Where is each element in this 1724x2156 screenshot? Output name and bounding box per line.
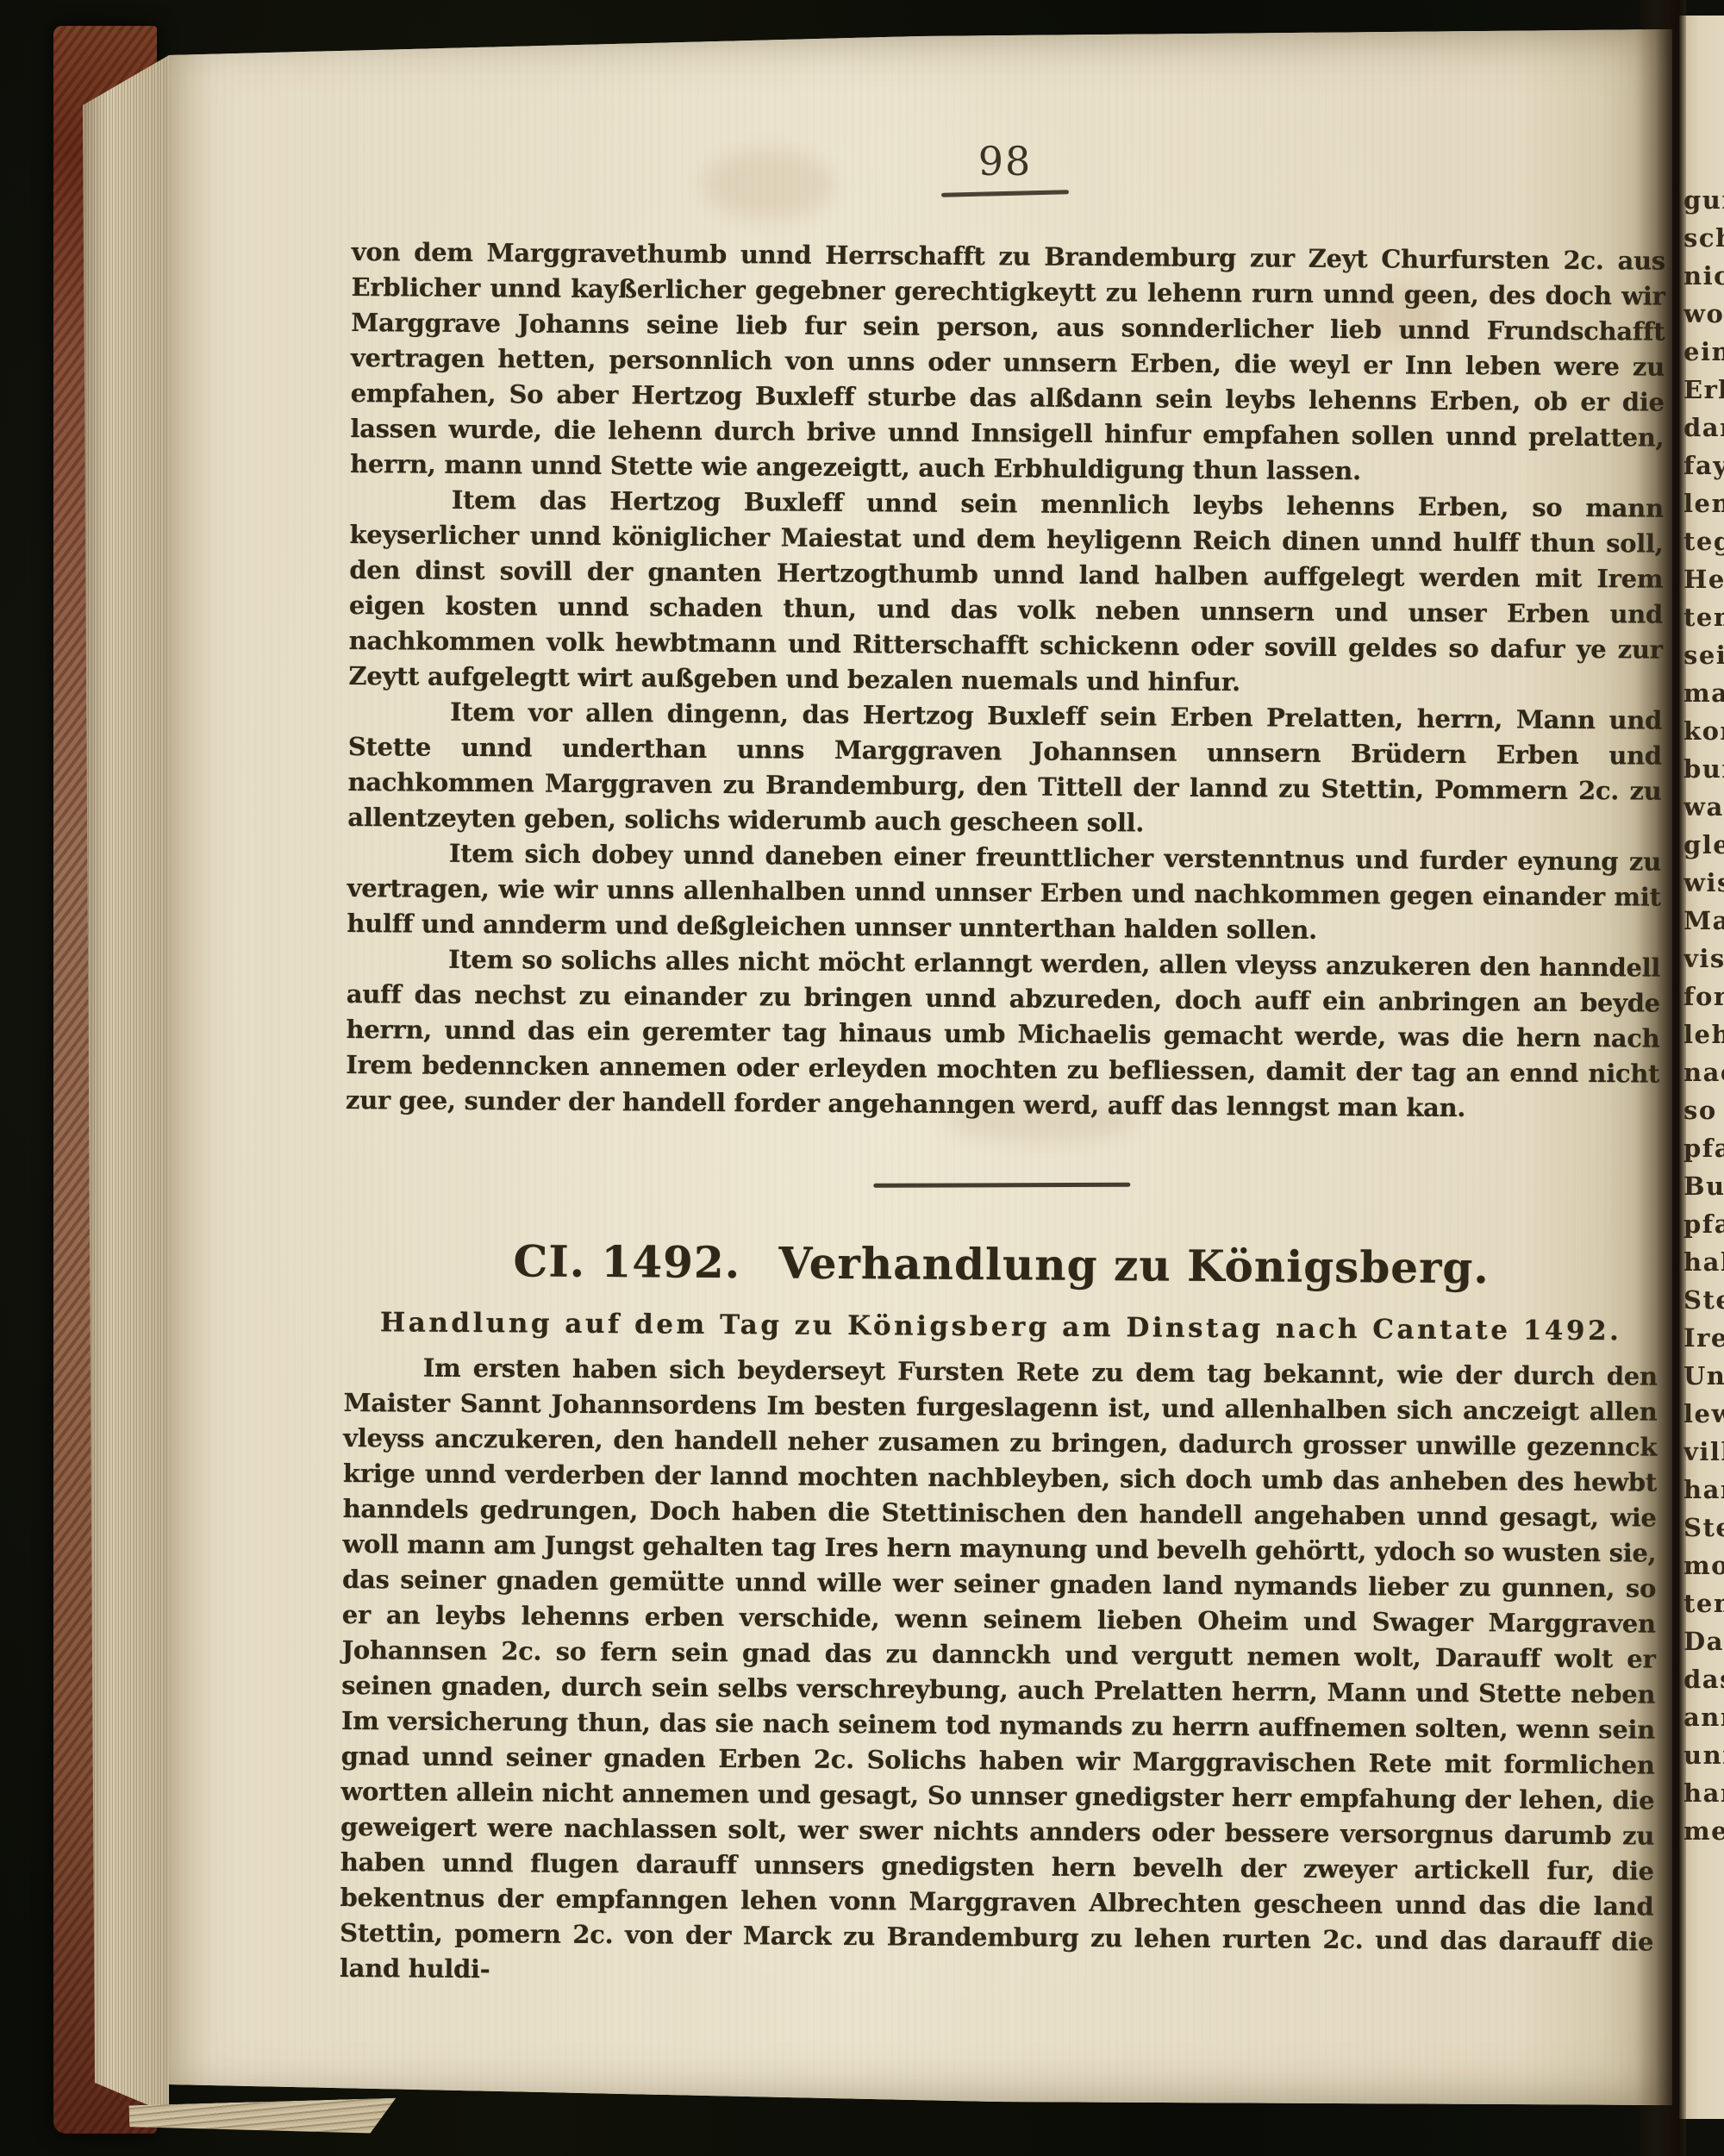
next-page-line: einen (1683, 333, 1724, 371)
next-page-edge: gungschennicht,wortteeinenErbhdannfaylll… (1679, 16, 1724, 2119)
section-heading: CI. 1492. Verhandlung zu Königsberg. (344, 1233, 1658, 1297)
section-heading-title: Verhandlung zu Königsberg. (778, 1237, 1490, 1293)
next-page-line: burg (1683, 750, 1724, 788)
next-page-line: schen (1683, 219, 1724, 257)
page-text-block: von dem Marggravethumb unnd Herrschafft … (340, 234, 1665, 2021)
next-page-line: nachzu (1683, 1053, 1724, 1091)
next-page-line: dann (1683, 409, 1724, 447)
next-page-line: pfau (1683, 1129, 1724, 1167)
next-page-line: unnd (1683, 1736, 1724, 1774)
next-page-line: komen (1683, 712, 1724, 750)
next-page-line: halten (1683, 1243, 1724, 1281)
page-number-underline (941, 190, 1069, 197)
page-stack-bottom-corner (129, 2098, 397, 2140)
next-page-line: Mar (1683, 902, 1724, 940)
next-page-line: annder (1683, 1698, 1724, 1736)
next-page-line: lewt, (1683, 1395, 1724, 1433)
next-page-line: sein h (1683, 636, 1724, 674)
next-page-line: Stetti (1683, 1509, 1724, 1547)
next-page-line: wortte (1683, 295, 1724, 333)
paragraph: von dem Marggravethumb unnd Herrschafft … (350, 234, 1665, 491)
page-stack-edge (83, 45, 169, 2121)
next-page-line: forder (1683, 978, 1724, 1016)
next-page-line: wissen (1683, 864, 1724, 902)
paragraph: Item sich dobey unnd daneben einer freun… (347, 835, 1661, 951)
next-page-line: man (1683, 674, 1724, 712)
next-page-line: Darau (1683, 1622, 1724, 1660)
next-page-line: hannd (1683, 1471, 1724, 1509)
next-page-line: teglich (1683, 522, 1724, 560)
next-page-line: gleich (1683, 826, 1724, 864)
next-page-line: pfaher (1683, 1205, 1724, 1243)
next-page-line: gung (1683, 181, 1724, 219)
next-page-line: len, (1683, 484, 1724, 522)
section-divider (873, 1183, 1130, 1188)
paper-stain (703, 150, 833, 219)
section-subheading: Handlung auf dem Tag zu Königsberg am Di… (344, 1303, 1658, 1351)
section-heading-number: CI. 1492. (513, 1235, 740, 1288)
scanned-book-photo: { "colors": { "background": "#0d0e09", "… (0, 0, 1724, 2156)
next-page-line: ten si (1683, 598, 1724, 636)
next-page-line: Hert (1683, 560, 1724, 598)
next-page-line: so off (1683, 1091, 1724, 1129)
next-page-line: Stet (1683, 1281, 1724, 1319)
next-page-line: mocht (1683, 1547, 1724, 1584)
paragraph: Item so solichs alles nicht möcht erlann… (346, 941, 1660, 1128)
next-page-line: Irem (1683, 1319, 1724, 1357)
next-page-line: fayll (1683, 447, 1724, 484)
paragraph: Item vor allen dingenn, das Hertzog Buxl… (347, 694, 1662, 845)
next-page-line: visch (1683, 940, 1724, 978)
next-page-line: das H (1683, 1660, 1724, 1698)
body-paragraphs: von dem Marggravethumb unnd Herrschafft … (346, 234, 1665, 1128)
next-page-line: nicht, (1683, 257, 1724, 295)
next-page-line: vill li (1683, 1433, 1724, 1471)
next-page-line: ten zu (1683, 1584, 1724, 1622)
next-page-line: Buxle (1683, 1167, 1724, 1205)
next-page-line: Erbh (1683, 371, 1724, 409)
book-page: 98 von dem Marggravethumb unnd Herrschaf… (169, 29, 1672, 2105)
page-number-block: 98 (919, 138, 1091, 196)
page-number: 98 (919, 138, 1091, 184)
next-page-line: lehen (1683, 1016, 1724, 1053)
next-page-line: mehr (1683, 1812, 1724, 1850)
next-page-line: hannd (1683, 1774, 1724, 1812)
next-page-line: Unnde (1683, 1357, 1724, 1395)
next-page-line: warnu (1683, 788, 1724, 826)
section-paragraph: Im ersten haben sich beyderseyt Fursten … (340, 1350, 1658, 1996)
paragraph: Item das Hertzog Buxleff unnd sein mennl… (348, 482, 1664, 703)
